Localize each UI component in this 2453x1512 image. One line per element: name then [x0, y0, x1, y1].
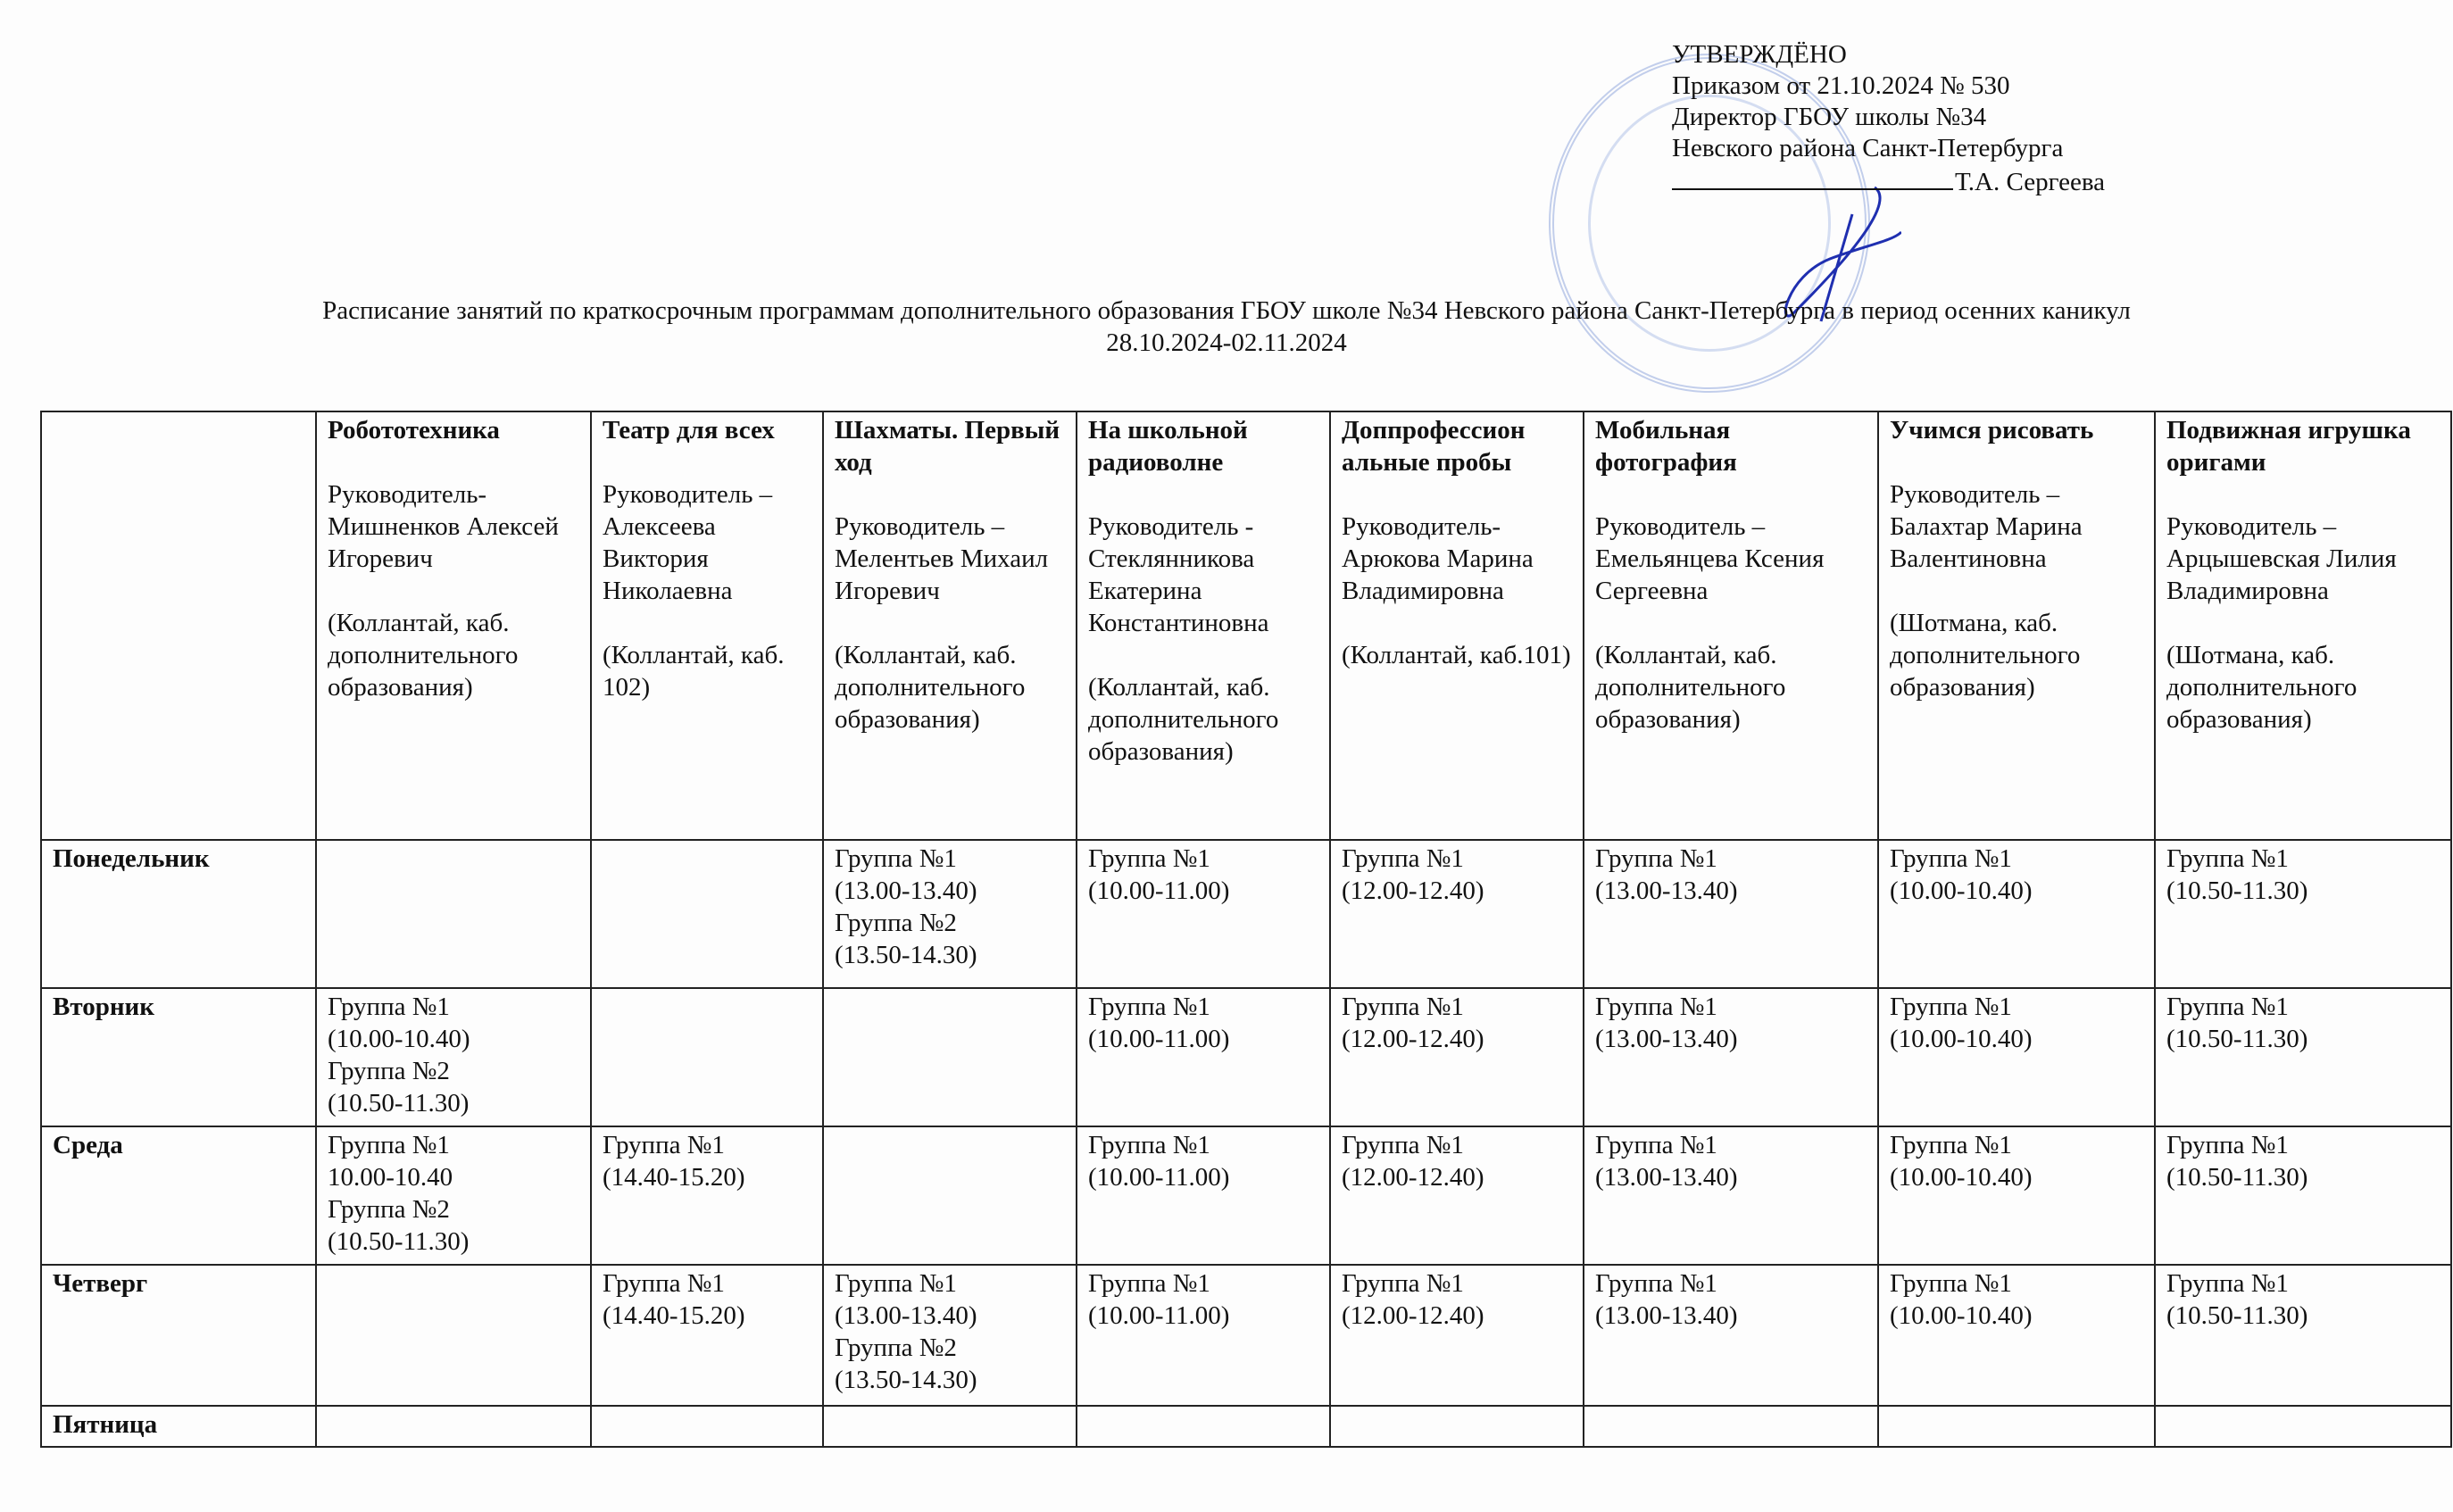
schedule-cell: Группа №1(12.00-12.40) [1330, 840, 1584, 988]
time-range: (14.40-15.20) [603, 1300, 813, 1332]
time-range: (13.00-13.40) [1595, 1300, 1868, 1332]
program-name: Робототехника [328, 414, 581, 446]
time-range: (10.00-10.40) [1890, 1161, 2145, 1193]
program-name: Мобильная фотография [1595, 414, 1868, 478]
time-range: (10.00-10.40) [1890, 1023, 2145, 1055]
time-range: (12.00-12.40) [1342, 1161, 1574, 1193]
time-range: (10.50-11.30) [2166, 1023, 2441, 1055]
group-label: Группа №1 [1342, 991, 1574, 1023]
schedule-cell: Группа №1(10.50-11.30) [2155, 840, 2451, 988]
program-header: Театр для всехРуководитель – Алексеева В… [591, 411, 823, 840]
schedule-cell: Группа №1(10.50-11.30) [2155, 1126, 2451, 1265]
group-label: Группа №1 [1088, 1129, 1320, 1161]
program-leader: Руководитель- Мишненков Алексей Игоревич [328, 478, 581, 575]
group-label: Группа №1 [2166, 1129, 2441, 1161]
program-header: РобототехникаРуководитель- Мишненков Але… [316, 411, 591, 840]
time-range: 10.00-10.40 [328, 1161, 581, 1193]
time-range: (13.00-13.40) [835, 875, 1067, 907]
day-label: Пятница [41, 1406, 316, 1447]
group-label: Группа №1 [328, 991, 581, 1023]
time-range: (10.00-11.00) [1088, 1023, 1320, 1055]
approval-signature-line: Т.А. Сергеева [1672, 164, 2105, 198]
schedule-cell: Группа №1(13.00-13.40)Группа №2(13.50-14… [823, 840, 1077, 988]
group-label: Группа №1 [603, 1267, 813, 1300]
time-range: (12.00-12.40) [1342, 1023, 1574, 1055]
program-header: Учимся рисоватьРуководитель – Балахтар М… [1878, 411, 2155, 840]
table-row: ПонедельникГруппа №1(13.00-13.40)Группа … [41, 840, 2451, 988]
time-range: (10.00-11.00) [1088, 1300, 1320, 1332]
day-label: Четверг [41, 1265, 316, 1406]
schedule-cell [823, 1126, 1077, 1265]
program-room: (Коллантай, каб. дополнительного образов… [1088, 671, 1320, 768]
program-room: (Шотмана, каб. дополнительного образован… [2166, 639, 2441, 735]
document-title: Расписание занятий по краткосрочным прог… [0, 295, 2453, 359]
program-leader: Руководитель – Балахтар Марина Валентино… [1890, 478, 2145, 575]
schedule-cell [1584, 1406, 1878, 1447]
program-leader: Руководитель – Алексеева Виктория Никола… [603, 478, 813, 607]
program-leader: Руководитель – Арцышевская Лилия Владими… [2166, 511, 2441, 607]
group-label: Группа №1 [1595, 991, 1868, 1023]
program-header: Мобильная фотографияРуководитель – Емель… [1584, 411, 1878, 840]
table-row: ВторникГруппа №1(10.00-10.40)Группа №2(1… [41, 988, 2451, 1126]
program-room: (Коллантай, каб. дополнительного образов… [1595, 639, 1868, 735]
time-range: (10.50-11.30) [2166, 1300, 2441, 1332]
group-label: Группа №1 [2166, 843, 2441, 875]
schedule-cell: Группа №1(14.40-15.20) [591, 1126, 823, 1265]
time-range: (10.50-11.30) [2166, 875, 2441, 907]
table-row: СредаГруппа №110.00-10.40Группа №2(10.50… [41, 1126, 2451, 1265]
program-room: (Коллантай, каб. дополнительного образов… [835, 639, 1067, 735]
schedule-cell: Группа №1(13.00-13.40)Группа №2(13.50-14… [823, 1265, 1077, 1406]
group-label: Группа №1 [2166, 1267, 2441, 1300]
schedule-cell: Группа №1(13.00-13.40) [1584, 1265, 1878, 1406]
schedule-cell [1330, 1406, 1584, 1447]
group-label: Группа №1 [603, 1129, 813, 1161]
schedule-cell [591, 1406, 823, 1447]
schedule-cell: Группа №1(10.00-11.00) [1077, 840, 1330, 988]
approval-block: УТВЕРЖДЁНО Приказом от 21.10.2024 № 530 … [1672, 39, 2105, 198]
group-label: Группа №1 [835, 1267, 1067, 1300]
program-leader: Руководитель- Арюкова Марина Владимировн… [1342, 511, 1574, 607]
table-row: Пятница [41, 1406, 2451, 1447]
program-header: Шахматы. Первый ходРуководитель – Мелент… [823, 411, 1077, 840]
program-name: Доппрофессион альные пробы [1342, 414, 1574, 478]
time-range: (10.00-10.40) [1890, 1300, 2145, 1332]
time-range: (10.00-10.40) [328, 1023, 581, 1055]
day-label: Вторник [41, 988, 316, 1126]
program-leader: Руководитель - Стеклянникова Екатерина К… [1088, 511, 1320, 639]
group-label: Группа №1 [1088, 991, 1320, 1023]
schedule-cell [1077, 1406, 1330, 1447]
schedule-cell: Группа №1(10.00-10.40)Группа №2(10.50-11… [316, 988, 591, 1126]
group-label: Группа №1 [1890, 1129, 2145, 1161]
schedule-cell [2155, 1406, 2451, 1447]
day-label: Понедельник [41, 840, 316, 988]
program-room: (Шотмана, каб. дополнительного образован… [1890, 607, 2145, 703]
schedule-cell [316, 1265, 591, 1406]
approval-order: Приказом от 21.10.2024 № 530 [1672, 71, 2105, 102]
day-label: Среда [41, 1126, 316, 1265]
group-label: Группа №1 [1890, 843, 2145, 875]
program-leader: Руководитель – Мелентьев Михаил Игоревич [835, 511, 1067, 607]
schedule-cell: Группа №1(10.50-11.30) [2155, 988, 2451, 1126]
group-label: Группа №1 [1342, 1129, 1574, 1161]
program-name: Подвижная игрушка оригами [2166, 414, 2441, 478]
group-label: Группа №1 [1595, 843, 1868, 875]
time-range: (10.50-11.30) [328, 1225, 581, 1258]
schedule-cell: Группа №1(10.00-11.00) [1077, 988, 1330, 1126]
group-label: Группа №1 [2166, 991, 2441, 1023]
program-header: Подвижная игрушка оригамиРуководитель – … [2155, 411, 2451, 840]
schedule-table: РобототехникаРуководитель- Мишненков Але… [40, 411, 2452, 1448]
time-range: (10.00-11.00) [1088, 1161, 1320, 1193]
schedule-cell: Группа №1(12.00-12.40) [1330, 1126, 1584, 1265]
program-room: (Коллантай, каб.101) [1342, 639, 1574, 671]
time-range: (10.50-11.30) [2166, 1161, 2441, 1193]
program-header: Доппрофессион альные пробыРуководитель- … [1330, 411, 1584, 840]
time-range: (13.50-14.30) [835, 939, 1067, 971]
schedule-cell [316, 1406, 591, 1447]
time-range: (13.00-13.40) [1595, 875, 1868, 907]
program-name: На школьной радиоволне [1088, 414, 1320, 478]
title-line: Расписание занятий по краткосрочным прог… [0, 295, 2453, 327]
group-label: Группа №2 [328, 1055, 581, 1087]
time-range: (12.00-12.40) [1342, 1300, 1574, 1332]
group-label: Группа №1 [835, 843, 1067, 875]
schedule-cell: Группа №1(10.00-11.00) [1077, 1126, 1330, 1265]
schedule-cell [823, 1406, 1077, 1447]
approval-signatory: Т.А. Сергеева [1955, 168, 2105, 196]
schedule-cell: Группа №1(14.40-15.20) [591, 1265, 823, 1406]
corner-cell [41, 411, 316, 840]
schedule-cell: Группа №1(13.00-13.40) [1584, 988, 1878, 1126]
schedule-cell [591, 840, 823, 988]
program-room: (Коллантай, каб. дополнительного образов… [328, 607, 581, 703]
time-range: (13.00-13.40) [835, 1300, 1067, 1332]
time-range: (14.40-15.20) [603, 1161, 813, 1193]
schedule-cell: Группа №110.00-10.40Группа №2(10.50-11.3… [316, 1126, 591, 1265]
time-range: (10.00-11.00) [1088, 875, 1320, 907]
group-label: Группа №1 [1595, 1267, 1868, 1300]
title-dates: 28.10.2024-02.11.2024 [0, 327, 2453, 359]
schedule-cell [591, 988, 823, 1126]
schedule-cell [316, 840, 591, 988]
group-label: Группа №1 [328, 1129, 581, 1161]
schedule-cell: Группа №1(10.00-11.00) [1077, 1265, 1330, 1406]
group-label: Группа №1 [1890, 1267, 2145, 1300]
schedule-cell [823, 988, 1077, 1126]
program-room: (Коллантай, каб. 102) [603, 639, 813, 703]
time-range: (13.00-13.40) [1595, 1161, 1868, 1193]
group-label: Группа №1 [1890, 991, 2145, 1023]
group-label: Группа №1 [1088, 843, 1320, 875]
approval-director: Директор ГБОУ школы №34 [1672, 102, 2105, 133]
schedule-cell: Группа №1(13.00-13.40) [1584, 1126, 1878, 1265]
schedule-cell: Группа №1(12.00-12.40) [1330, 988, 1584, 1126]
group-label: Группа №1 [1342, 843, 1574, 875]
schedule-cell [1878, 1406, 2155, 1447]
group-label: Группа №2 [328, 1193, 581, 1225]
program-leader: Руководитель – Емельянцева Ксения Сергее… [1595, 511, 1868, 607]
group-label: Группа №2 [835, 907, 1067, 939]
program-name: Учимся рисовать [1890, 414, 2145, 446]
approval-heading: УТВЕРЖДЁНО [1672, 39, 2105, 71]
schedule-cell: Группа №1(12.00-12.40) [1330, 1265, 1584, 1406]
program-name: Шахматы. Первый ход [835, 414, 1067, 478]
group-label: Группа №2 [835, 1332, 1067, 1364]
schedule-cell: Группа №1(13.00-13.40) [1584, 840, 1878, 988]
schedule-cell: Группа №1(10.00-10.40) [1878, 1126, 2155, 1265]
group-label: Группа №1 [1088, 1267, 1320, 1300]
group-label: Группа №1 [1595, 1129, 1868, 1161]
table-row: ЧетвергГруппа №1(14.40-15.20)Группа №1(1… [41, 1265, 2451, 1406]
schedule-cell: Группа №1(10.00-10.40) [1878, 1265, 2155, 1406]
time-range: (13.50-14.30) [835, 1364, 1067, 1396]
time-range: (10.00-10.40) [1890, 875, 2145, 907]
time-range: (13.00-13.40) [1595, 1023, 1868, 1055]
schedule-cell: Группа №1(10.50-11.30) [2155, 1265, 2451, 1406]
schedule-cell: Группа №1(10.00-10.40) [1878, 988, 2155, 1126]
approval-district: Невского района Санкт-Петербурга [1672, 133, 2105, 164]
program-name: Театр для всех [603, 414, 813, 446]
schedule-cell: Группа №1(10.00-10.40) [1878, 840, 2155, 988]
header-row: РобототехникаРуководитель- Мишненков Але… [41, 411, 2451, 840]
group-label: Группа №1 [1342, 1267, 1574, 1300]
program-header: На школьной радиоволнеРуководитель - Сте… [1077, 411, 1330, 840]
time-range: (10.50-11.30) [328, 1087, 581, 1119]
time-range: (12.00-12.40) [1342, 875, 1574, 907]
